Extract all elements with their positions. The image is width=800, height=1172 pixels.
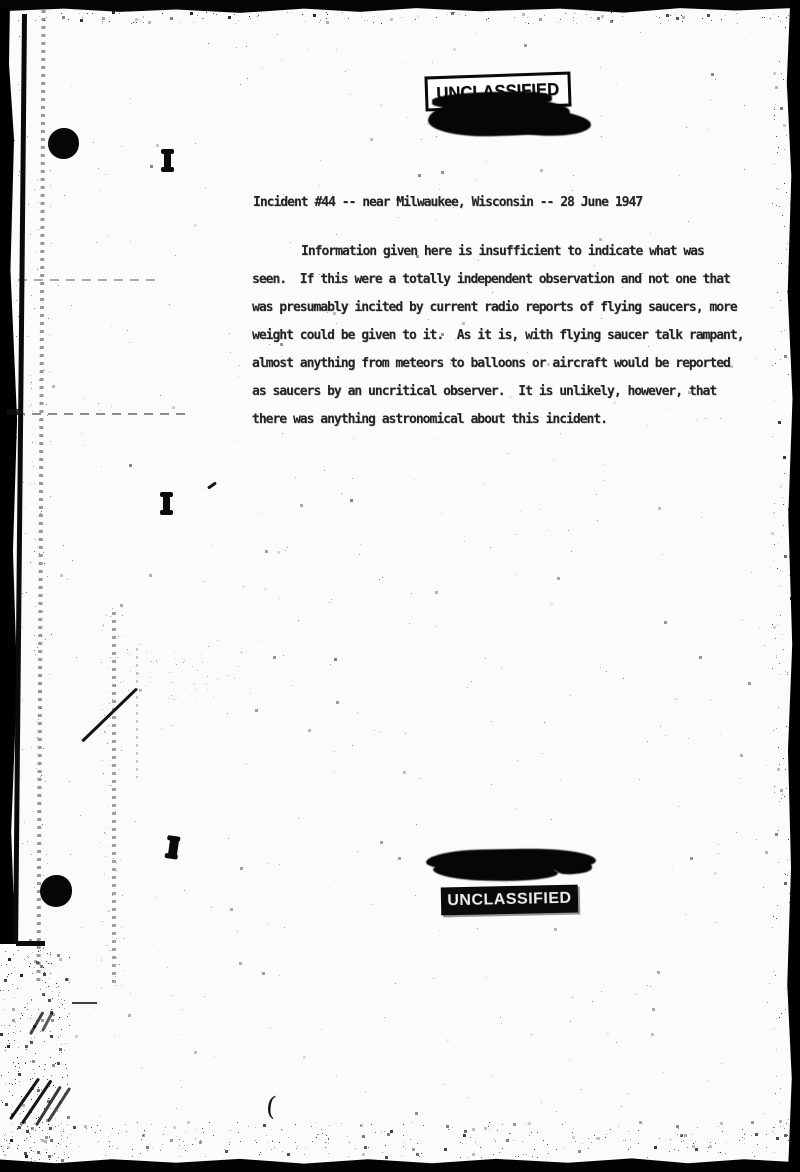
binder-clamp-mark: [168, 837, 180, 857]
body-line: was presumably incited by current radio …: [252, 294, 772, 322]
incident-heading: Incident #44 -- near Milwaukee, Wisconsi…: [253, 195, 642, 210]
scratch-mark: [9, 1078, 40, 1120]
body-line: almost anything from meteors to balloons…: [252, 350, 772, 378]
scanned-document-page: ( UNCLASSIFIED Incident #44 -- near Milw…: [0, 0, 800, 1172]
binder-clamp-mark: [163, 494, 170, 513]
scratch-mark: [47, 1087, 71, 1122]
stray-dash-mark: [72, 1002, 97, 1004]
pencil-slash-mark: [81, 688, 137, 743]
body-line: there was anything astronomical about th…: [252, 406, 772, 434]
crease-tick: [7, 409, 22, 415]
body-line: as saucers by an uncritical observer. It…: [252, 378, 772, 406]
fold-stripe: [112, 612, 116, 984]
body-line: Information given here is insufficient t…: [252, 238, 772, 266]
body-line: seen. If this were a totally independent…: [252, 266, 772, 294]
crease-line: [18, 279, 158, 281]
fold-stripe: [36, 10, 45, 985]
stamp-bottom-label: UNCLASSIFIED: [447, 890, 572, 911]
body-line: weight could be given to it. As it is, w…: [252, 322, 772, 350]
stray-paren-mark: (: [264, 1092, 277, 1123]
scratch-mark: [21, 1079, 52, 1124]
scan-edge-right: [785, 0, 800, 1172]
stray-tick-mark: [207, 481, 217, 489]
crease-line: [16, 413, 188, 415]
body-paragraph: Information given here is insufficient t…: [252, 238, 772, 434]
unclassified-stamp-bottom: UNCLASSIFIED: [441, 885, 579, 916]
scan-edge-bottom: [0, 1156, 800, 1172]
scan-noise: [0, 0, 1, 1]
punch-hole: [48, 128, 79, 159]
punch-hole: [40, 875, 72, 907]
fold-stripe: [136, 648, 138, 778]
binder-clamp-mark: [164, 151, 171, 170]
scan-edge-top: [0, 0, 800, 14]
